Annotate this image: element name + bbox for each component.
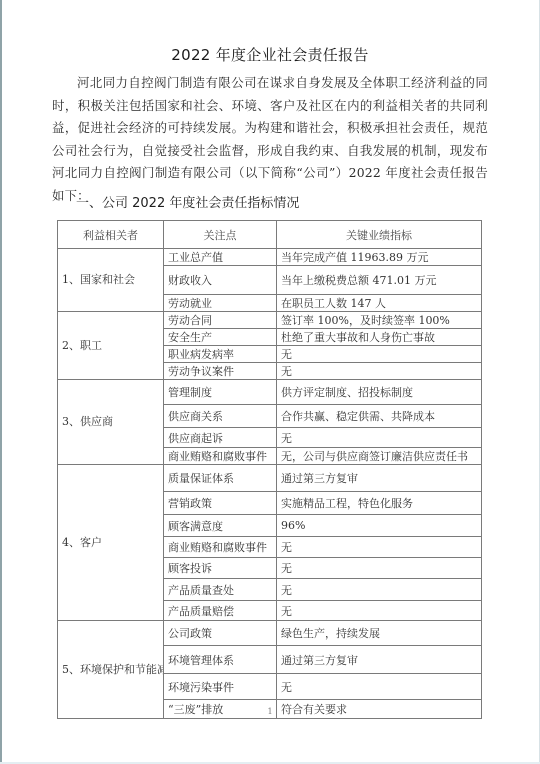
focus-cell: 营销政策 bbox=[164, 492, 277, 515]
kpi-cell: 绿色生产，持续发展 bbox=[277, 621, 482, 646]
kpi-cell: 通过第三方复审 bbox=[277, 646, 482, 674]
kpi-cell: 无 bbox=[277, 558, 482, 579]
stakeholder-cell: 3、供应商 bbox=[58, 380, 164, 465]
kpi-cell: 无 bbox=[277, 346, 482, 363]
focus-cell: 职业病发病率 bbox=[164, 346, 277, 363]
kpi-cell: 无 bbox=[277, 674, 482, 700]
kpi-cell: 供方评定制度、招投标制度 bbox=[277, 380, 482, 405]
page-number: 1 bbox=[0, 707, 540, 716]
focus-cell: 产品质量赔偿 bbox=[164, 601, 277, 621]
header-stakeholder: 利益相关者 bbox=[58, 221, 164, 249]
focus-cell: 顾客投诉 bbox=[164, 558, 277, 579]
table-row: 4、客户质量保证体系通过第三方复审 bbox=[58, 465, 482, 492]
focus-cell: 商业贿赂和腐败事件 bbox=[164, 448, 277, 465]
table-header-row: 利益相关者 关注点 关键业绩指标 bbox=[58, 221, 482, 249]
table-row: 1、国家和社会工业总产值当年完成产值 11963.89 万元 bbox=[58, 249, 482, 266]
table-row: 3、供应商管理制度供方评定制度、招投标制度 bbox=[58, 380, 482, 405]
focus-cell: 劳动就业 bbox=[164, 295, 277, 312]
focus-cell: 产品质量查处 bbox=[164, 579, 277, 601]
kpi-cell: 在职员工人数 147 人 bbox=[277, 295, 482, 312]
focus-cell: 工业总产值 bbox=[164, 249, 277, 266]
focus-cell: 质量保证体系 bbox=[164, 465, 277, 492]
kpi-cell: 当年完成产值 11963.89 万元 bbox=[277, 249, 482, 266]
header-focus: 关注点 bbox=[164, 221, 277, 249]
kpi-cell: 合作共赢、稳定供需、共降成本 bbox=[277, 405, 482, 428]
stakeholder-cell: 5、环境保护和节能减排 bbox=[58, 621, 164, 719]
kpi-cell: 当年上缴税费总额 471.01 万元 bbox=[277, 266, 482, 295]
header-kpi: 关键业绩指标 bbox=[277, 221, 482, 249]
focus-cell: 环境管理体系 bbox=[164, 646, 277, 674]
kpi-cell: 96% bbox=[277, 515, 482, 537]
table-body: 1、国家和社会工业总产值当年完成产值 11963.89 万元财政收入当年上缴税费… bbox=[58, 249, 482, 719]
focus-cell: 顾客满意度 bbox=[164, 515, 277, 537]
focus-cell: 环境污染事件 bbox=[164, 674, 277, 700]
kpi-cell: 杜绝了重大事故和人身伤亡事故 bbox=[277, 329, 482, 346]
stakeholder-cell: 4、客户 bbox=[58, 465, 164, 621]
kpi-cell: 无，公司与供应商签订廉洁供应责任书 bbox=[277, 448, 482, 465]
kpi-cell: 通过第三方复审 bbox=[277, 465, 482, 492]
focus-cell: 供应商关系 bbox=[164, 405, 277, 428]
focus-cell: 公司政策 bbox=[164, 621, 277, 646]
kpi-cell: 无 bbox=[277, 601, 482, 621]
document-title: 2022 年度企业社会责任报告 bbox=[0, 44, 540, 65]
intro-paragraph: 河北同力自控阀门制造有限公司在谋求自身发展及全体职工经济利益的同时，积极关注包括… bbox=[52, 72, 488, 207]
focus-cell: 财政收入 bbox=[164, 266, 277, 295]
stakeholder-cell: 1、国家和社会 bbox=[58, 249, 164, 312]
kpi-cell: 无 bbox=[277, 579, 482, 601]
focus-cell: 商业贿赂和腐败事件 bbox=[164, 537, 277, 558]
table-row: 2、职工劳动合同签订率 100%，及时续签率 100% bbox=[58, 312, 482, 329]
focus-cell: 管理制度 bbox=[164, 380, 277, 405]
kpi-cell: 无 bbox=[277, 537, 482, 558]
kpi-cell: 无 bbox=[277, 363, 482, 380]
focus-cell: 劳动争议案件 bbox=[164, 363, 277, 380]
table-row: 5、环境保护和节能减排公司政策绿色生产，持续发展 bbox=[58, 621, 482, 646]
section-heading: 一、公司 2022 年度社会责任指标情况 bbox=[76, 192, 299, 211]
page-edge bbox=[0, 0, 2, 764]
focus-cell: 安全生产 bbox=[164, 329, 277, 346]
kpi-cell: 签订率 100%，及时续签率 100% bbox=[277, 312, 482, 329]
focus-cell: 供应商起诉 bbox=[164, 428, 277, 448]
kpi-cell: 无 bbox=[277, 428, 482, 448]
stakeholder-cell: 2、职工 bbox=[58, 312, 164, 380]
focus-cell: 劳动合同 bbox=[164, 312, 277, 329]
csr-indicator-table: 利益相关者 关注点 关键业绩指标 1、国家和社会工业总产值当年完成产值 1196… bbox=[57, 220, 482, 719]
kpi-cell: 实施精品工程，特色化服务 bbox=[277, 492, 482, 515]
